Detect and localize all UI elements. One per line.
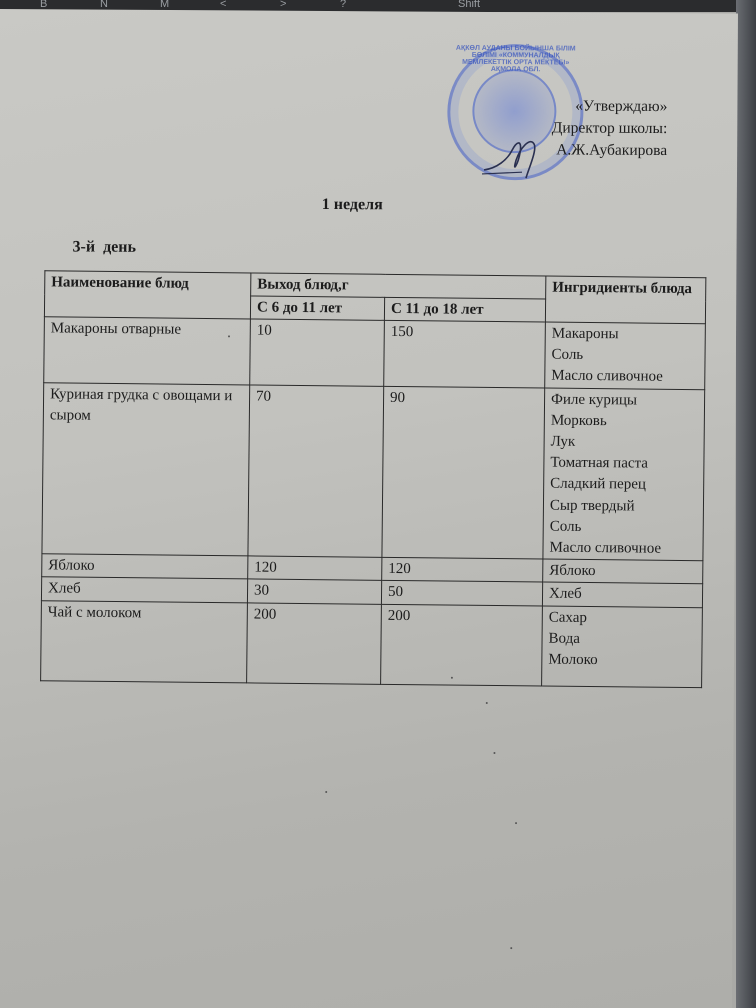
header-dish-name: Наименование блюд	[44, 271, 250, 319]
header-ingredients: Ингридиенты блюда	[545, 276, 705, 324]
header-age-6-11: С 6 до 11 лет	[250, 296, 384, 320]
menu-table: Наименование блюд Выход блюд,г Ингридиен…	[40, 270, 706, 688]
dish-name-cell: Чай с молоком	[41, 600, 248, 682]
key-label: <	[220, 0, 226, 10]
yield-6-11-cell: 120	[248, 556, 382, 581]
key-label: Shift	[458, 0, 480, 10]
signature-icon	[482, 130, 552, 180]
table-row: Куриная грудка с овощами и сыром7090Филе…	[42, 382, 705, 561]
approval-heading: «Утверждаю»	[552, 95, 668, 118]
yield-11-18-cell: 200	[381, 604, 543, 686]
ingredients-cell: МакароныСольМасло сливочное	[545, 322, 706, 389]
paper-speck	[493, 752, 495, 754]
table-header-row: Наименование блюд Выход блюд,г Ингридиен…	[45, 271, 706, 301]
yield-6-11-cell: 10	[250, 319, 385, 386]
approval-block: «Утверждаю» Директор школы: А.Ж.Аубакиро…	[552, 95, 668, 162]
key-label: ?	[340, 0, 346, 10]
approval-name: А.Ж.Аубакирова	[552, 139, 668, 162]
ingredient-item: Сахар	[549, 607, 699, 630]
key-label: N	[100, 0, 108, 10]
day-title: 3-й день	[72, 238, 136, 256]
ingredient-item: Лук	[551, 432, 701, 455]
yield-11-18-cell: 50	[381, 581, 542, 606]
desk-background	[736, 0, 756, 1008]
dish-name-cell: Яблоко	[42, 554, 248, 579]
ingredient-item: Сладкий перец	[550, 474, 700, 497]
paper-speck	[486, 702, 488, 704]
approval-position: Директор школы:	[552, 117, 668, 140]
table-row: Макароны отварные10150МакароныСольМасло …	[44, 317, 706, 390]
dish-name-cell: Куриная грудка с овощами и сыром	[42, 382, 250, 556]
ingredients-cell: СахарВодаМолоко	[542, 606, 703, 688]
paper-sheet: АҚКӨЛ АУДАНЫ БОЙЫНША БІЛІМ БӨЛІМІ «КОММУ…	[0, 9, 738, 1008]
ingredient-item: Филе курицы	[551, 389, 701, 412]
header-yield: Выход блюд,г	[251, 273, 546, 299]
ingredients-cell: Хлеб	[542, 582, 702, 607]
ingredients-cell: Филе курицыМорковьЛукТоматная пастаСладк…	[543, 388, 705, 561]
ingredient-item: Сыр твердый	[550, 495, 700, 518]
yield-11-18-cell: 120	[382, 558, 543, 583]
ingredient-item: Томатная паста	[550, 453, 700, 476]
ingredient-item: Хлеб	[549, 584, 699, 607]
paper-speck	[510, 947, 512, 949]
ingredient-item: Соль	[550, 516, 700, 539]
ingredients-cell: Яблоко	[543, 559, 703, 584]
yield-6-11-cell: 200	[247, 603, 382, 684]
yield-6-11-cell: 70	[248, 385, 384, 558]
header-age-11-18: С 11 до 18 лет	[384, 297, 545, 322]
paper-speck	[451, 677, 453, 679]
key-label: >	[280, 0, 286, 10]
table-row: Чай с молоком200200СахарВодаМолоко	[41, 600, 703, 687]
yield-11-18-cell: 90	[382, 386, 545, 559]
key-label: M	[160, 0, 169, 10]
paper-speck	[515, 822, 517, 824]
ingredient-item: Вода	[548, 628, 698, 651]
ingredient-item: Молоко	[548, 650, 698, 673]
ingredient-item: Яблоко	[549, 561, 699, 584]
paper-speck	[325, 791, 327, 793]
ingredient-item: Морковь	[551, 410, 701, 433]
yield-6-11-cell: 30	[247, 579, 381, 604]
week-title: 1 неделя	[322, 196, 383, 214]
dish-name-cell: Хлеб	[41, 577, 247, 602]
dish-name-cell: Макароны отварные	[44, 317, 251, 385]
ingredient-item: Макароны	[552, 324, 702, 347]
ingredient-item: Соль	[551, 345, 701, 368]
ingredient-item: Масло сливочное	[551, 366, 701, 389]
paper-speck	[228, 335, 230, 337]
yield-11-18-cell: 150	[384, 320, 546, 387]
ingredient-item: Масло сливочное	[549, 538, 699, 561]
